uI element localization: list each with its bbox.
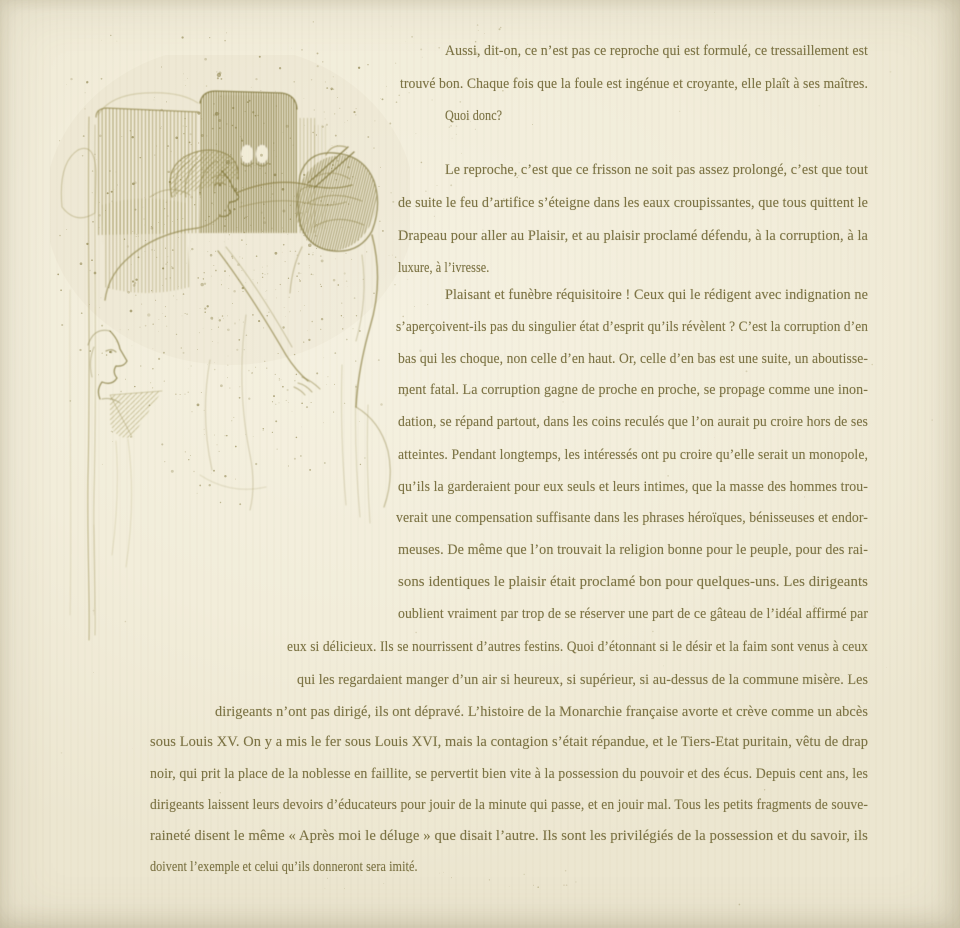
text-line: Aussi, dit-on, ce n’est pas ce reproche …	[445, 42, 868, 60]
text-line: oublient vraiment par trop de se réserve…	[398, 605, 868, 623]
text-line: Le reproche, c’est que ce frisson ne soi…	[445, 161, 868, 179]
text-line: noir, qui prit la place de la noblesse e…	[150, 765, 868, 783]
text-line: ment fatal. La corruption gagne de proch…	[398, 381, 868, 399]
text-line: dirigeants n’ont pas dirigé, ils ont dép…	[215, 703, 868, 721]
text-line: meuses. De même que l’on trouvait la rel…	[398, 541, 868, 559]
body-text: Aussi, dit-on, ce n’est pas ce reproche …	[0, 0, 960, 928]
text-line: sous Louis XV. On y a mis le fer sous Lo…	[150, 733, 868, 751]
text-line: bas qui les choque, non celle d’en haut.…	[398, 350, 868, 368]
text-line: Quoi donc?	[445, 107, 502, 125]
text-line: Plaisant et funèbre réquisitoire ! Ceux …	[445, 286, 868, 304]
text-line: s’aperçoivent-ils pas du singulier état …	[396, 318, 868, 336]
text-line: atteintes. Pendant longtemps, les intére…	[398, 446, 868, 464]
text-line: luxure, à l’ivresse.	[398, 259, 489, 277]
text-line: qu’ils la garderaient pour eux seuls et …	[398, 478, 868, 496]
text-line: de suite le feu d’artifice s’éteigne dan…	[398, 194, 868, 212]
book-page: Aussi, dit-on, ce n’est pas ce reproche …	[0, 0, 960, 928]
text-line: raineté disent le même « Après moi le dé…	[150, 827, 868, 845]
text-line: dation, se répand partout, dans les coin…	[398, 413, 868, 431]
text-line: doivent l’exemple et celui qu’ils donner…	[150, 858, 418, 876]
text-line: qui les regardaient manger d’un air si h…	[297, 671, 868, 689]
text-line: verait une compensation suffisante dans …	[396, 509, 868, 527]
text-line: dirigeants laissent leurs devoirs d’éduc…	[150, 796, 868, 814]
text-line: sons identiques le plaisir était proclam…	[398, 573, 868, 591]
text-line: eux si délicieux. Ils se nourrissent d’a…	[287, 638, 868, 656]
text-line: Drapeau pour aller au Plaisir, et au pla…	[398, 227, 868, 245]
text-line: trouvé bon. Chaque fois que la foule est…	[400, 75, 868, 93]
